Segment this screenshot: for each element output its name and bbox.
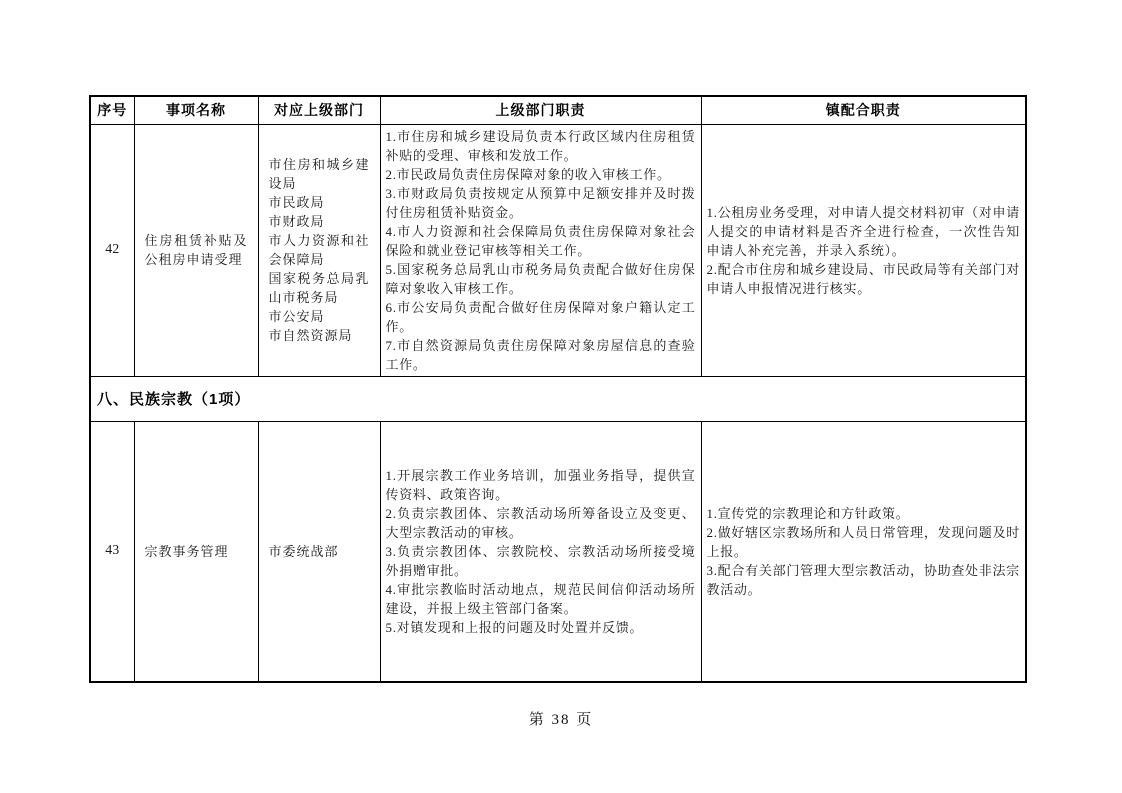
table-header-row: 序号 事项名称 对应上级部门 上级部门职责 镇配合职责 [90,96,1026,124]
cell-departments-43: 市委统战部 [258,421,380,682]
col-header-superior-duties: 上级部门职责 [380,96,701,124]
document-page: 序号 事项名称 对应上级部门 上级部门职责 镇配合职责 42 住房租赁补贴及公租… [0,0,1122,793]
cell-town-duties-43: 1.宣传党的宗教理论和方针政策。 2.做好辖区宗教场所和人员日常管理，发现问题及… [701,421,1026,682]
duties-table: 序号 事项名称 对应上级部门 上级部门职责 镇配合职责 42 住房租赁补贴及公租… [89,95,1027,683]
cell-departments-42: 市住房和城乡建设局 市民政局 市财政局 市人力资源和社会保障局 国家税务总局乳山… [258,124,380,376]
cell-town-duties-42: 1.公租房业务受理，对申请人提交材料初审（对申请人提交的申请材料是否齐全进行检查… [701,124,1026,376]
col-header-town-duties: 镇配合职责 [701,96,1026,124]
section-title: 八、民族宗教（1项） [90,376,1026,421]
cell-item-name-42: 住房租赁补贴及公租房申请受理 [134,124,258,376]
col-header-item-name: 事项名称 [134,96,258,124]
cell-seq-42: 42 [90,124,134,376]
page-number: 第 38 页 [0,708,1122,729]
col-header-seq: 序号 [90,96,134,124]
cell-item-name-43: 宗教事务管理 [134,421,258,682]
cell-seq-43: 43 [90,421,134,682]
table-row-43: 43 宗教事务管理 市委统战部 1.开展宗教工作业务培训，加强业务指导，提供宣传… [90,421,1026,682]
col-header-superior-dept: 对应上级部门 [258,96,380,124]
cell-superior-duties-43: 1.开展宗教工作业务培训，加强业务指导，提供宣传资料、政策咨询。 2.负责宗教团… [380,421,701,682]
section-header-row: 八、民族宗教（1项） [90,376,1026,421]
table-row-42: 42 住房租赁补贴及公租房申请受理 市住房和城乡建设局 市民政局 市财政局 市人… [90,124,1026,376]
cell-superior-duties-42: 1.市住房和城乡建设局负责本行政区域内住房租赁补贴的受理、审核和发放工作。 2.… [380,124,701,376]
